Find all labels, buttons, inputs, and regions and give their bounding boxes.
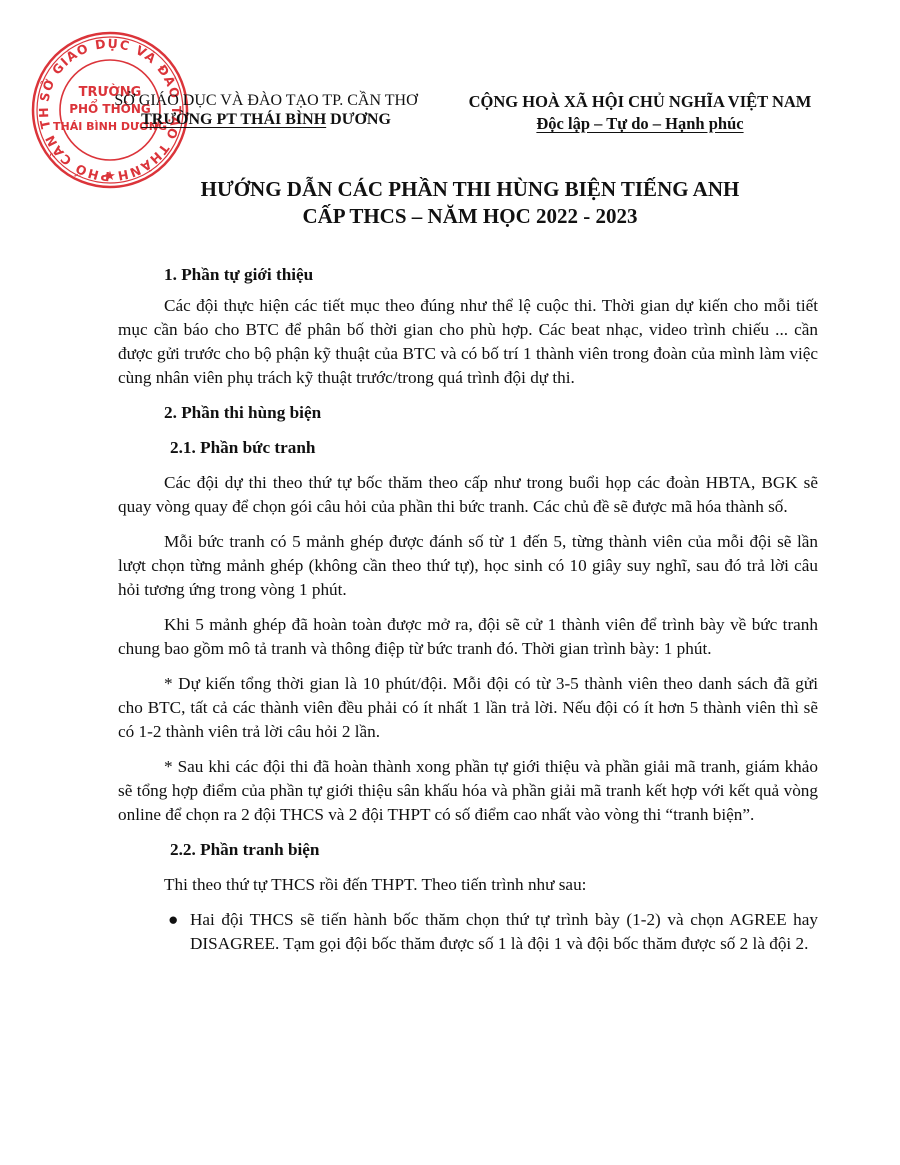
- section-heading-1: 1. Phần tự giới thiệu: [164, 263, 818, 287]
- note-paragraph: * Sau khi các đội thi đã hoàn thành xong…: [118, 755, 818, 827]
- national-motto: Độc lập – Tự do – Hạnh phúc: [450, 114, 830, 134]
- bullet-icon: ●: [168, 908, 178, 932]
- issuing-organization: SỞ GIÁO DỤC VÀ ĐÀO TẠO TP. CẦN THƠ TRƯỜN…: [96, 92, 436, 129]
- section-heading-2: 2. Phần thi hùng biện: [164, 401, 818, 425]
- document-title: HƯỚNG DẪN CÁC PHẦN THI HÙNG BIỆN TIẾNG A…: [110, 176, 830, 230]
- document-page: SỞ GIÁO DỤC VÀ ĐÀO TẠO THÀNH PHỐ CẦN THƠ…: [0, 0, 900, 1165]
- paragraph: Các đội dự thi theo thứ tự bốc thăm theo…: [118, 471, 818, 519]
- section-2-2-intro: Thi theo thứ tự THCS rồi đến THPT. Theo …: [164, 873, 818, 897]
- nation-name: CỘNG HOÀ XÃ HỘI CHỦ NGHĨA VIỆT NAM: [450, 92, 830, 112]
- department-name: SỞ GIÁO DỤC VÀ ĐÀO TẠO TP. CẦN THƠ: [96, 92, 436, 110]
- note-paragraph: * Dự kiến tổng thời gian là 10 phút/đội.…: [118, 672, 818, 744]
- section-heading-2-1: 2.1. Phần bức tranh: [170, 436, 818, 460]
- section-heading-2-2: 2.2. Phần tranh biện: [170, 838, 818, 862]
- list-item: ● Hai đội THCS sẽ tiến hành bốc thăm chọ…: [164, 908, 818, 956]
- national-heading: CỘNG HOÀ XÃ HỘI CHỦ NGHĨA VIỆT NAM Độc l…: [450, 92, 830, 134]
- section-1-paragraph: Các đội thực hiện các tiết mục theo đúng…: [118, 294, 818, 390]
- school-name: TRƯỜNG PT THÁI BÌNH DƯƠNG: [96, 111, 436, 129]
- document-body: 1. Phần tự giới thiệu Các đội thực hiện …: [118, 263, 818, 956]
- paragraph: Khi 5 mảnh ghép đã hoàn toàn được mở ra,…: [118, 613, 818, 661]
- paragraph: Mỗi bức tranh có 5 mảnh ghép được đánh s…: [118, 530, 818, 602]
